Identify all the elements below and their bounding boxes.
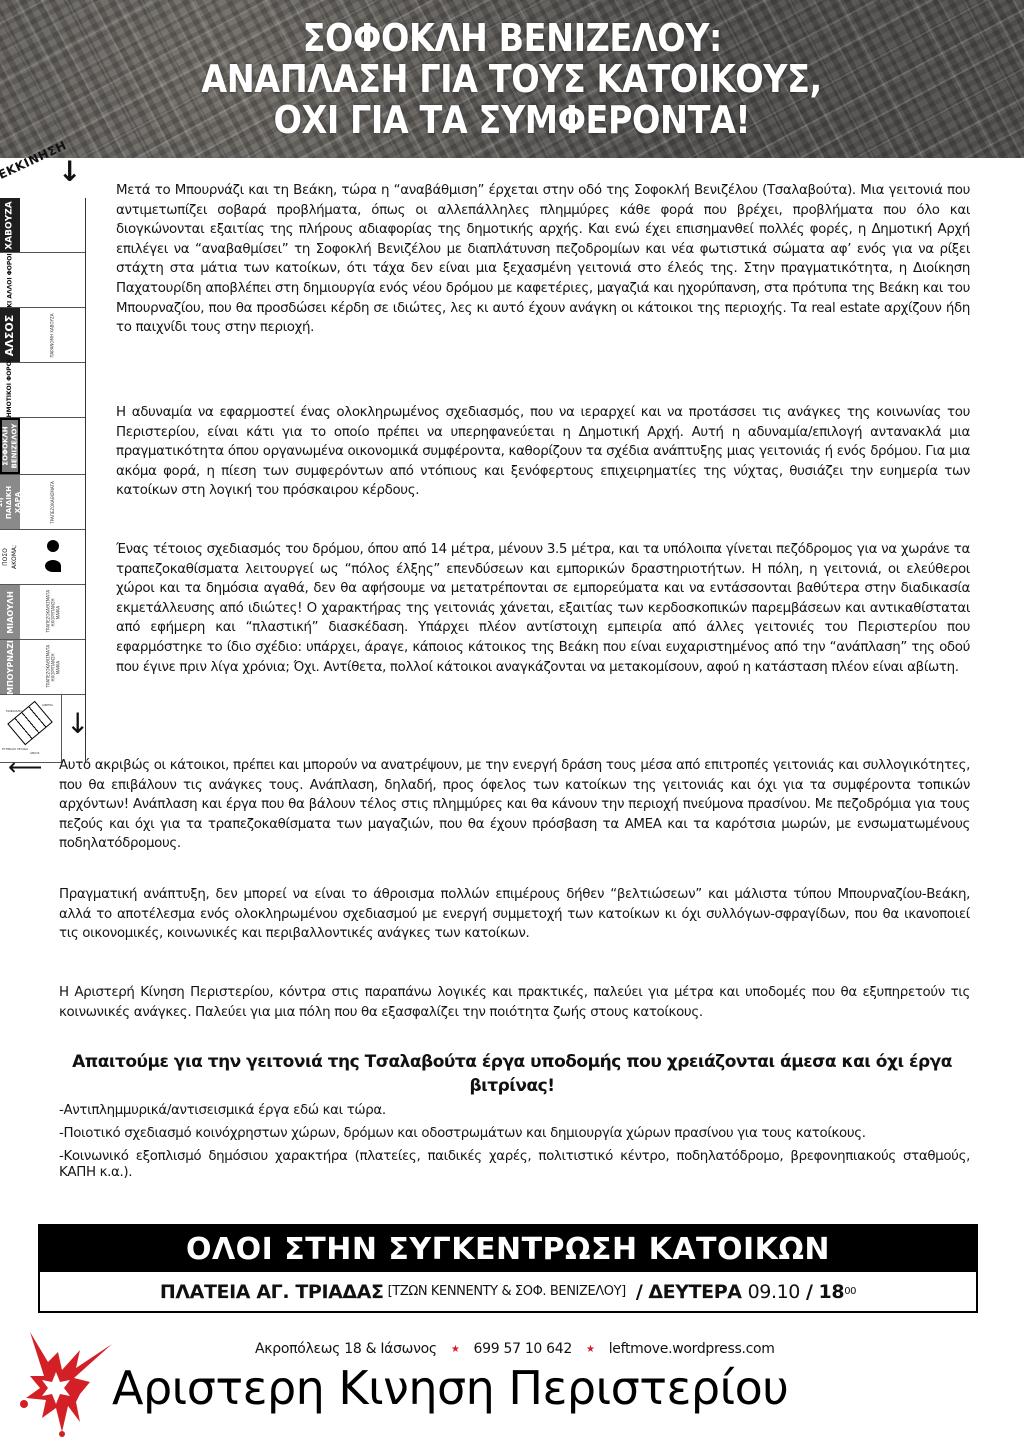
segment-label: ΜΙΑΟΥΛΗ — [6, 591, 15, 634]
timeline-segment-playground: 1η ΠΑΙΔΙΚΗ ΧΑΡΑ ΤΡΑΠΕΖΟΚΑΘΙΣΜΑΤΑ — [0, 475, 85, 530]
segment-label: ΚΙ ΑΛΛΟΙ ΦΟΡΟΙ — [6, 253, 15, 307]
separator: / — [806, 1281, 813, 1303]
timeline-sidebar: ΧΑΒΟΥΖΑ ΚΙ ΑΛΛΟΙ ΦΟΡΟΙ ΑΛΣΟΣ ΠΑΡΑΝΟΜΗ ΧΑ… — [0, 198, 86, 763]
segment-note: ΤΡΑΠΕΖΟΚΑΘΙΣΜΑΤΑ ΗΧΟΡΥΠΑΝΣΗ ΜΑΦΙΑ — [45, 592, 60, 632]
segment-label: ΜΠΟΥΡΝΑΖΙ — [6, 640, 15, 695]
separator: / — [636, 1281, 643, 1303]
demand-item: -Αντιπλημμυρικά/αντισεισμικά έργα εδώ κα… — [59, 1103, 970, 1119]
article-paragraph-6: Η Αριστερή Κίνηση Περιστερίου, κόντρα στ… — [59, 983, 970, 1022]
timeline-segment-taxes: ΚΙ ΑΛΛΟΙ ΦΟΡΟΙ — [0, 253, 85, 308]
left-arrow-icon: ⟵ — [8, 757, 42, 777]
demand-item: -Ποιοτικό σχεδιασμό κοινόχρηστων χώρων, … — [59, 1126, 970, 1142]
timeline-segment-bournazi: ΜΠΟΥΡΝΑΖΙ ΤΡΑΠΕΖΟΚΑΘΙΣΜΑΤΑ ΗΧΟΡΥΠΑΝΣΗ ΜΑ… — [0, 640, 85, 695]
segment-label: 1η ΠΑΙΔΙΚΗ ΧΑΡΑ — [0, 485, 24, 518]
article-paragraph-5: Πραγματική ανάπτυξη, δεν μπορεί να είναι… — [59, 885, 970, 944]
segment-note: ΤΡΑΠΕΖΟΚΑΘΙΣΜΑΤΑ — [50, 481, 55, 524]
website-link[interactable]: leftmove.wordpress.com — [609, 1341, 775, 1357]
timeline-segment-miaouli: ΜΙΑΟΥΛΗ ΤΡΑΠΕΖΟΚΑΘΙΣΜΑΤΑ ΗΧΟΡΥΠΑΝΣΗ ΜΑΦΙ… — [0, 585, 85, 640]
rally-announcement: ΟΛΟΙ ΣΤΗΝ ΣΥΓΚΕΝΤΡΩΣΗ ΚΑΤΟΙΚΩΝ ΠΛΑΤΕΙΑ Α… — [38, 1224, 978, 1313]
article-paragraph-3: Ένας τέτοιος σχεδιασμός του δρόμου, όπου… — [116, 540, 970, 677]
phone: 699 57 10 642 — [473, 1341, 572, 1357]
title-line-3: ΟΧΙ ΓΙΑ ΤΑ ΣΥΜΦΕΡΟΝΤΑ! — [274, 100, 751, 141]
red-star-splash-logo-icon — [10, 1322, 120, 1437]
title-line-2: ΑΝΑΠΛΑΣΗ ΓΙΑ ΤΟΥΣ ΚΑΤΟΙΚΟΥΣ, — [202, 59, 822, 100]
segment-note: ΤΡΑΠΕΖΟΚΑΘΙΣΜΑΤΑ ΗΧΟΡΥΠΑΝΣΗ ΜΑΦΙΑ — [45, 647, 60, 687]
timeline-segment-sofokli-venizelou: ΣΟΦΟΚΛΗ ΒΕΝΙΖΕΛΟΥ — [0, 418, 85, 475]
rally-details: ΠΛΑΤΕΙΑ ΑΓ. ΤΡΙΑΔΑΣ [ΤΖΩΝ ΚΕΝΝΕΝΤΥ & ΣΟΦ… — [40, 1272, 976, 1311]
rally-place-detail: [ΤΖΩΝ ΚΕΝΝΕΝΤΥ & ΣΟΦ. ΒΕΝΙΖΕΛΟΥ] — [388, 1284, 626, 1299]
segment-label: ΔΗΜΟΤΙΚΟΙ ΦΟΡΟΙ — [6, 358, 15, 421]
segment-label: ΑΛΣΟΣ — [6, 314, 15, 355]
demand-item: -Κοινωνικό εξοπλισμό δημόσιου χαρακτήρα … — [59, 1149, 970, 1181]
segment-label: ΧΑΒΟΥΖΑ — [6, 201, 15, 249]
demands-heading: Απαιτούμε για την γειτονιά της Τσαλαβούτ… — [40, 1050, 984, 1098]
semicolon-icon — [20, 530, 85, 584]
segment-label: ΠΟΣΟ ΑΚΟΜΑ; — [1, 545, 19, 569]
segment-note: ΠΑΡΑΝΟΜΗ ΧΑΒΟΥΖΑ — [50, 313, 55, 357]
organization-name: Αριστερη Κινηση Περιστερίου — [112, 1360, 788, 1416]
rally-minutes: 00 — [844, 1286, 856, 1297]
timeline-segment-alsos: ΑΛΣΟΣ ΠΑΡΑΝΟΜΗ ΧΑΒΟΥΖΑ — [0, 308, 85, 363]
rally-place: ΠΛΑΤΕΙΑ ΑΓ. ΤΡΙΑΔΑΣ — [160, 1281, 384, 1303]
address: Ακροπόλεως 18 & Ιάσωνος — [255, 1341, 437, 1357]
article-paragraph-1: Μετά το Μπουρνάζι και τη Βεάκη, τώρα η “… — [116, 181, 970, 338]
demands-list: -Αντιπλημμυρικά/αντισεισμικά έργα εδώ κα… — [59, 1103, 970, 1188]
down-arrow-icon: ↓ — [58, 158, 81, 186]
star-icon: ★ — [586, 1344, 595, 1355]
rally-hour: 18 — [819, 1281, 845, 1303]
down-arrow-icon: ↓ — [66, 710, 89, 738]
timeline-segment-havouza: ΧΑΒΟΥΖΑ — [0, 198, 85, 253]
header-banner: ΣΟΦΟΚΛΗ ΒΕΝΙΖΕΛΟΥ: ΑΝΑΠΛΑΣΗ ΓΙΑ ΤΟΥΣ ΚΑΤ… — [0, 0, 1024, 158]
contact-info: Ακροπόλεως 18 & Ιάσωνος ★ 699 57 10 642 … — [255, 1341, 775, 1357]
timeline-segment-how-much-more: ΠΟΣΟ ΑΚΟΜΑ; — [0, 530, 85, 585]
timeline-segment-municipal-taxes: ΔΗΜΟΤΙΚΟΙ ΦΟΡΟΙ — [0, 363, 85, 418]
rally-day: ΔΕΥΤΕΡΑ — [648, 1281, 741, 1303]
article-paragraph-4: Αυτό ακριβώς οι κάτοικοι, πρέπει και μπο… — [59, 756, 970, 854]
rally-headline: ΟΛΟΙ ΣΤΗΝ ΣΥΓΚΕΝΤΡΩΣΗ ΚΑΤΟΙΚΩΝ — [40, 1226, 976, 1272]
rally-date: 09.10 — [748, 1281, 800, 1303]
star-icon: ★ — [451, 1344, 460, 1355]
segment-label: ΣΟΦΟΚΛΗ ΒΕΝΙΖΕΛΟΥ — [1, 424, 19, 469]
title-line-1: ΣΟΦΟΚΛΗ ΒΕΝΙΖΕΛΟΥ: — [302, 18, 721, 59]
article-paragraph-2: Η αδυναμία να εφαρμοστεί ένας ολοκληρωμέ… — [116, 403, 970, 501]
